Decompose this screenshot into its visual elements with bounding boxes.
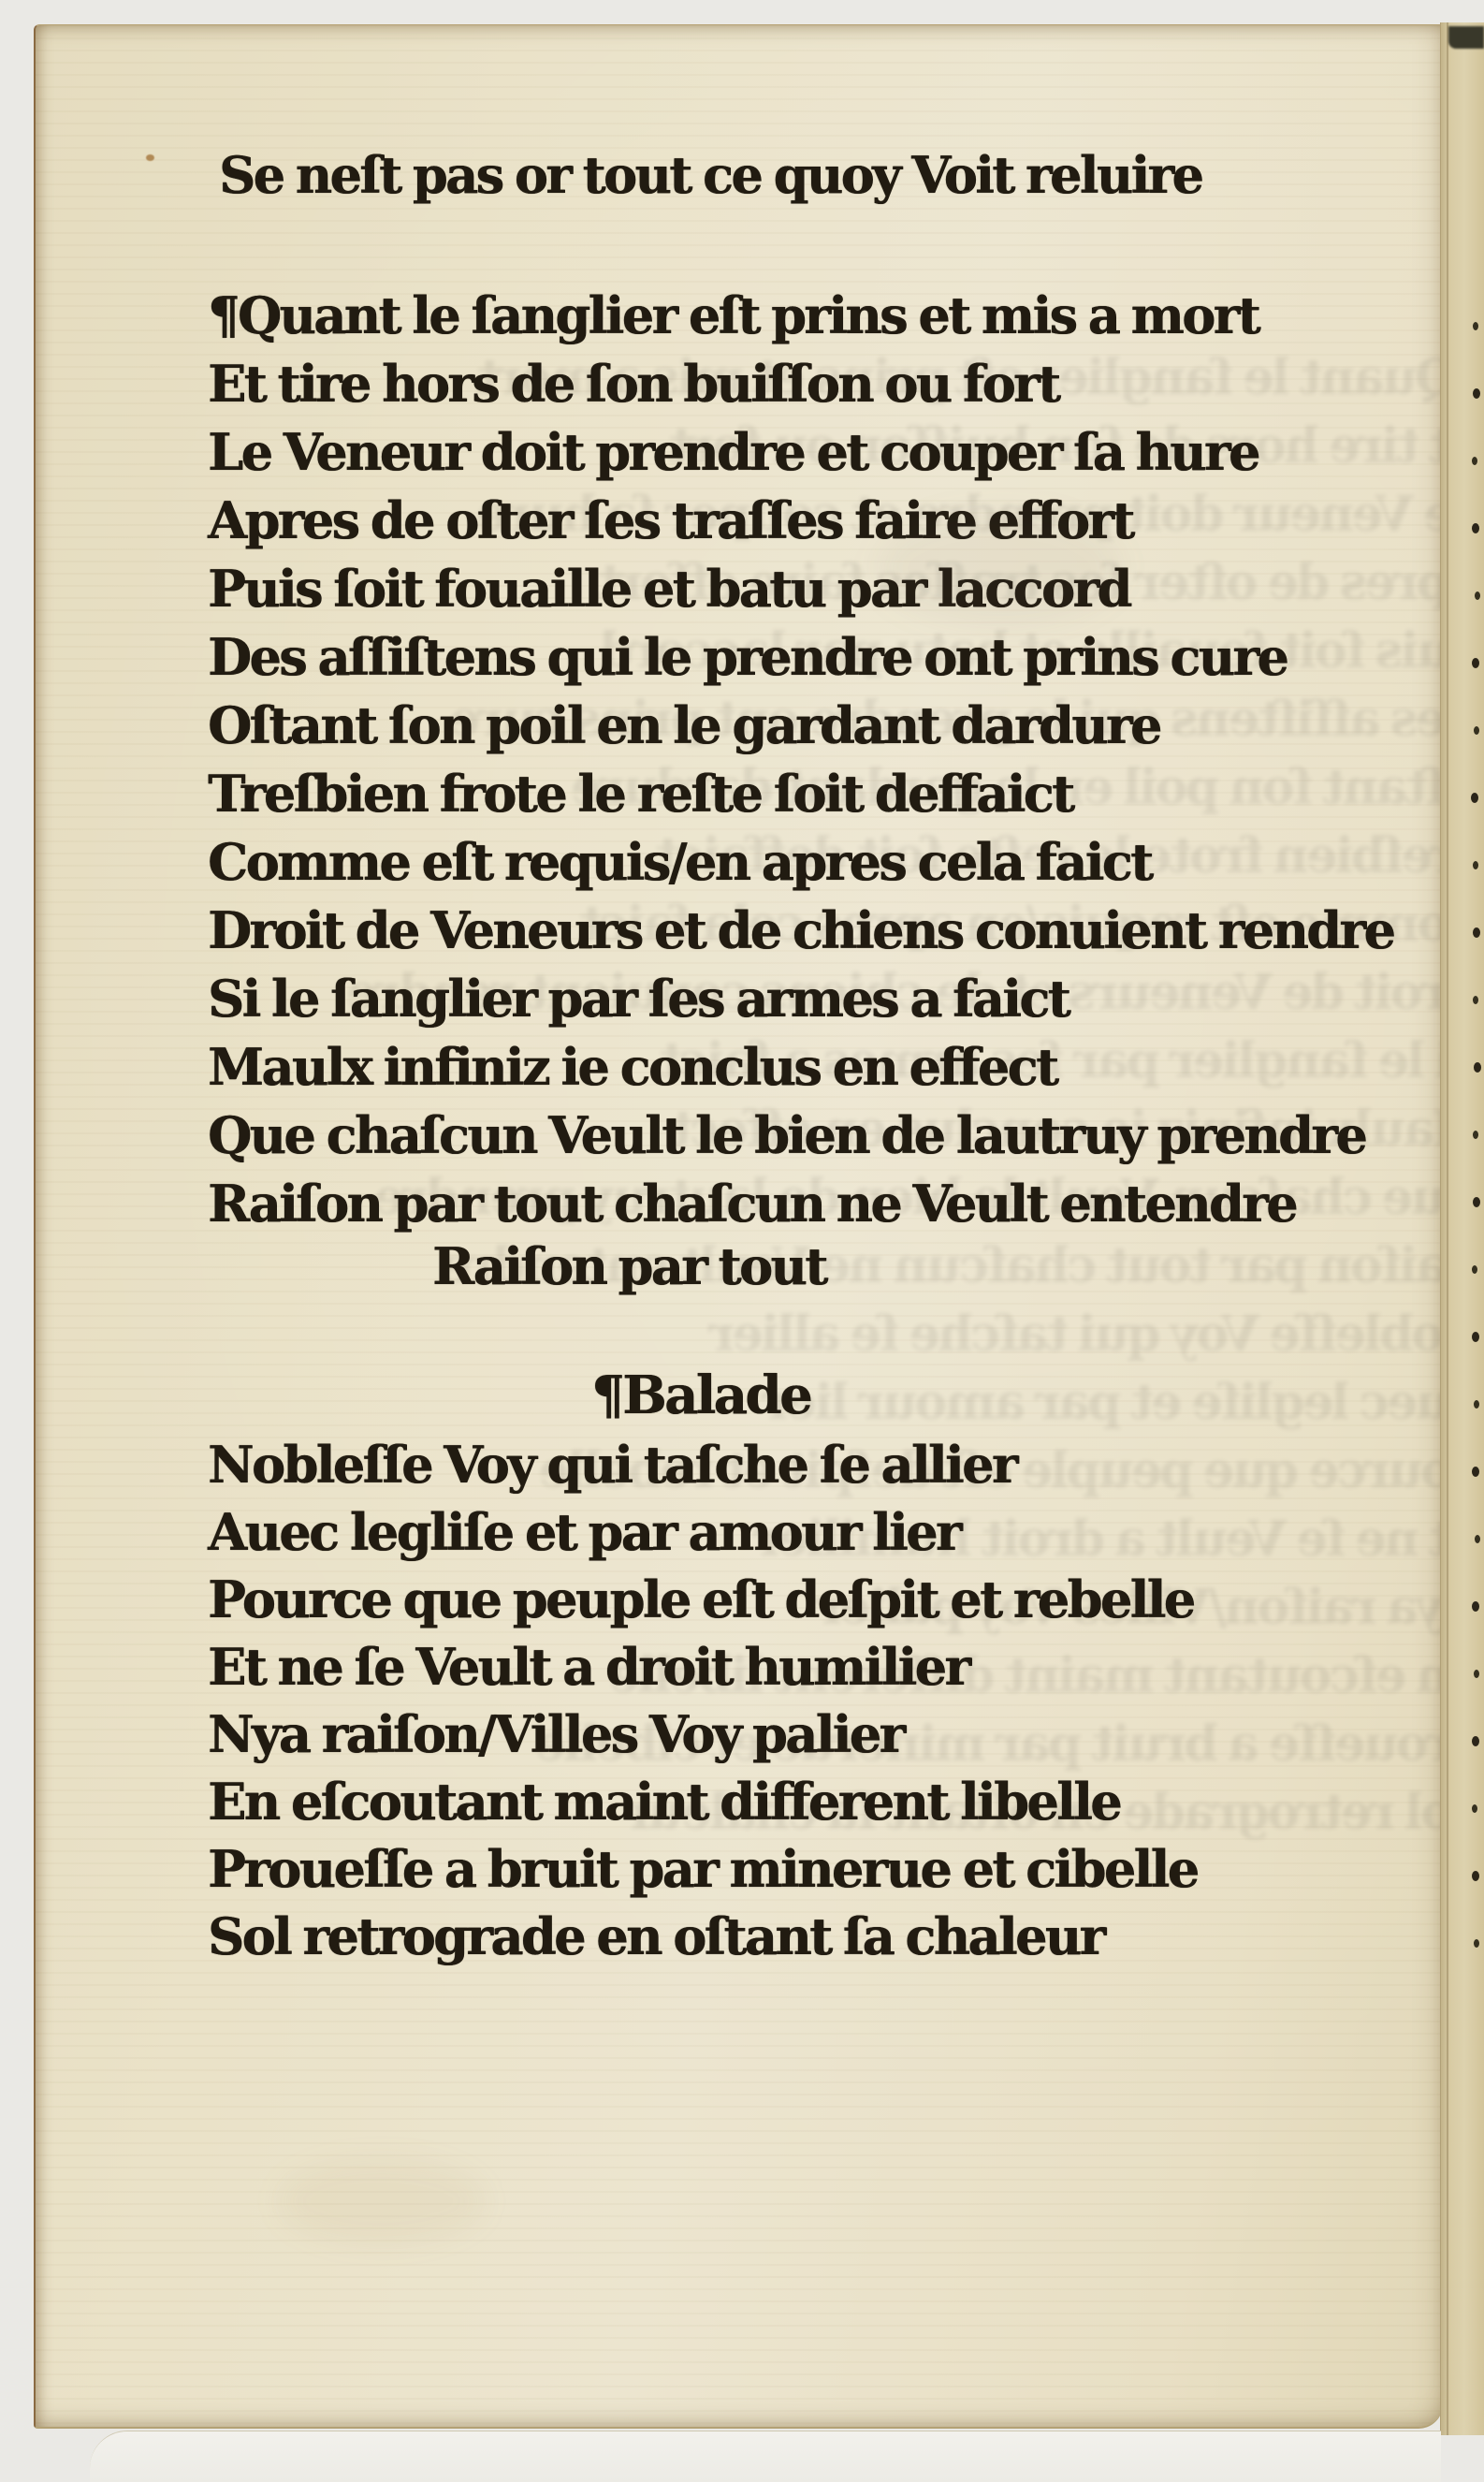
next-page-ink-specks (1473, 22, 1478, 31)
poem-line: Des aſſiſtens qui le prendre ont prins c… (208, 623, 1393, 692)
poem-line: ¶Quant le ſanglier eſt prins et mis a mo… (208, 282, 1393, 350)
poem-line: Nya raiſon/Villes Voy palier (208, 1701, 1197, 1768)
stanza-balade: Nobleſſe Voy qui taſche ſe allierAuec le… (208, 1431, 1197, 1970)
poem-line: Et ne ſe Veult a droit humilier (208, 1633, 1197, 1701)
poem-line: Que chaſcun Veult le bien de lautruy pre… (208, 1102, 1393, 1170)
page-edge-crease (1447, 22, 1448, 2435)
paper-fleck (146, 154, 154, 161)
poem-line: Nobleſſe Voy qui taſche ſe allier (541, 1300, 1443, 1368)
poem-line: Droit de Veneurs et de chiens conuient r… (208, 897, 1393, 965)
scan-surface: ¶Quant le ſanglier eſt prins et mis a mo… (0, 0, 1484, 2482)
refrain-line: Raiſon par tout (432, 1233, 826, 1301)
under-page-edge (90, 2431, 1441, 2482)
poem-line: Pource que peuple eſt deſpit et rebelle (208, 1566, 1197, 1633)
balade-heading: ¶Balade (591, 1360, 810, 1431)
poem-line: Raiſon par tout chaſcun ne Veult entendr… (208, 1170, 1393, 1238)
binding-shadow (1448, 26, 1484, 49)
stanza-hunt: ¶Quant le ſanglier eſt prins et mis a mo… (208, 282, 1393, 1238)
poem-line: Le Veneur doit prendre et couper ſa hure (208, 418, 1393, 487)
poem-line: En eſcoutant maint different libelle (208, 1768, 1197, 1835)
paper-foxing (279, 2159, 485, 2243)
poem-line: Sol retrograde en oſtant ſa chaleur (208, 1903, 1197, 1970)
poem-line: Treſbien frote le reſte ſoit deffaict (208, 760, 1393, 828)
poem-line: Maulx infiniz ie conclus en effect (208, 1033, 1393, 1102)
poem-line: Proueſſe a bruit par minerue et cibelle (208, 1835, 1197, 1903)
fore-edge-pages (1440, 22, 1484, 2435)
poem-heading-line: Se neſt pas or tout ce quoy Voit reluire (219, 139, 1201, 211)
poem-line: Et tire hors de ſon buiſſon ou fort (208, 350, 1393, 418)
poem-line: Auec legliſe et par amour lier (208, 1498, 1197, 1566)
poem-line: Oſtant ſon poil en le gardant dardure (208, 692, 1393, 760)
poem-line: Nobleſſe Voy qui taſche ſe allier (208, 1431, 1197, 1498)
poem-line: Si le ſanglier par ſes armes a faict (208, 965, 1393, 1033)
poem-line: Comme eſt requis/en apres cela faict (208, 828, 1393, 897)
book-page: ¶Quant le ſanglier eſt prins et mis a mo… (34, 24, 1443, 2429)
poem-line: Puis ſoit fouaille et batu par laccord (208, 555, 1393, 623)
poem-line: Apres de oſter ſes traſſes faire effort (208, 487, 1393, 555)
